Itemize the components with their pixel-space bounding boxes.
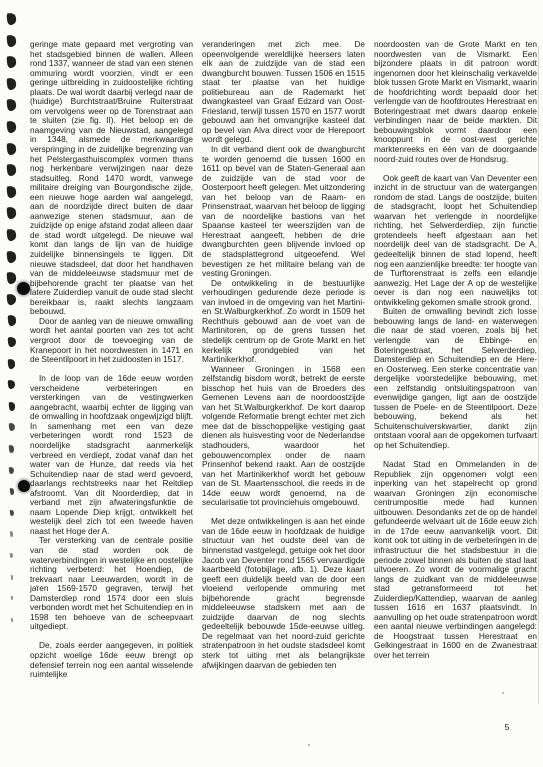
document-page: geringe mate gepaard met vergroting van … bbox=[0, 0, 543, 767]
text-columns: geringe mate gepaard met vergroting van … bbox=[30, 40, 537, 680]
binding-hole-mark bbox=[6, 207, 16, 220]
scanned-document-page: { "page": { "number": "5", "language": "… bbox=[0, 0, 543, 767]
scan-speck bbox=[502, 692, 504, 694]
binding-hole-mark bbox=[7, 337, 16, 348]
page-number: 5 bbox=[498, 722, 516, 732]
page-edge-shadow bbox=[538, 46, 539, 704]
binding-hole-mark bbox=[9, 466, 14, 473]
binding-edge bbox=[0, 0, 34, 767]
binding-hole-mark bbox=[6, 34, 16, 47]
binding-hole-mark bbox=[6, 228, 16, 241]
binding-hole-mark bbox=[9, 488, 14, 495]
paragraph: Met deze ontwikkelingen is aan het einde… bbox=[202, 517, 365, 670]
binding-hole-mark bbox=[10, 618, 12, 622]
binding-hole-mark bbox=[6, 12, 16, 25]
binding-hole-mark bbox=[7, 293, 17, 305]
binding-hole-mark bbox=[6, 99, 16, 112]
binding-hole-mark bbox=[8, 423, 14, 432]
binding-hole-mark bbox=[10, 574, 13, 579]
punch-hole-blob bbox=[18, 480, 30, 492]
binding-hole-mark bbox=[6, 250, 16, 263]
scan-speck bbox=[308, 744, 310, 746]
paragraph: De ontwikkeling in de bestuurlijke verho… bbox=[202, 279, 365, 365]
text-column-1: geringe mate gepaard met vergroting van … bbox=[30, 40, 193, 680]
binding-hole-mark bbox=[6, 142, 16, 155]
binding-hole-mark bbox=[9, 510, 13, 516]
paragraph: Nadat Stad en Ommelanden in de Republiek… bbox=[374, 460, 537, 660]
text-column-2: veranderingen met zich mee. De opeenvolg… bbox=[202, 40, 365, 680]
binding-hole-mark bbox=[9, 445, 15, 453]
binding-hole-mark bbox=[10, 553, 13, 558]
binding-hole-mark bbox=[7, 315, 16, 326]
paragraph: In de loop van de 16de eeuw worden versc… bbox=[30, 374, 193, 536]
paragraph: Door de aanleg van de nieuwe omwalling w… bbox=[30, 317, 193, 365]
paragraph: geringe mate gepaard met vergroting van … bbox=[30, 40, 193, 317]
text-column-3: noordoosten van de Grote Markt en ten no… bbox=[374, 40, 537, 680]
paragraph: Buiten de omwalling bevindt zich losse b… bbox=[374, 307, 537, 450]
binding-hole-mark bbox=[7, 358, 15, 368]
binding-hole-mark bbox=[10, 596, 12, 600]
paragraph: Ook geeft de kaart van Van Deventer een … bbox=[374, 174, 537, 308]
binding-hole-mark bbox=[6, 185, 16, 198]
paragraph: In dit verband dient ook de dwangburcht … bbox=[202, 145, 365, 279]
binding-hole-mark bbox=[6, 120, 16, 133]
binding-hole-mark bbox=[6, 56, 16, 69]
paragraph: De, zoals eerder aangegeven, in politiek… bbox=[30, 641, 193, 679]
binding-hole-mark bbox=[8, 401, 15, 410]
binding-hole-mark bbox=[8, 380, 16, 390]
binding-hole-mark bbox=[6, 272, 16, 285]
paragraph: Ter versterking van de centrale positie … bbox=[30, 536, 193, 631]
binding-hole-mark bbox=[10, 531, 14, 537]
paragraph: veranderingen met zich mee. De opeenvolg… bbox=[202, 40, 365, 145]
paragraph: Wanneer Groningen in 1568 een zelfstandi… bbox=[202, 365, 365, 508]
binding-hole-mark bbox=[6, 164, 16, 177]
scan-speck bbox=[36, 585, 38, 587]
paragraph: noordoosten van de Grote Markt en ten no… bbox=[374, 40, 537, 164]
binding-hole-mark bbox=[6, 77, 16, 90]
punch-hole-blob bbox=[17, 282, 30, 295]
